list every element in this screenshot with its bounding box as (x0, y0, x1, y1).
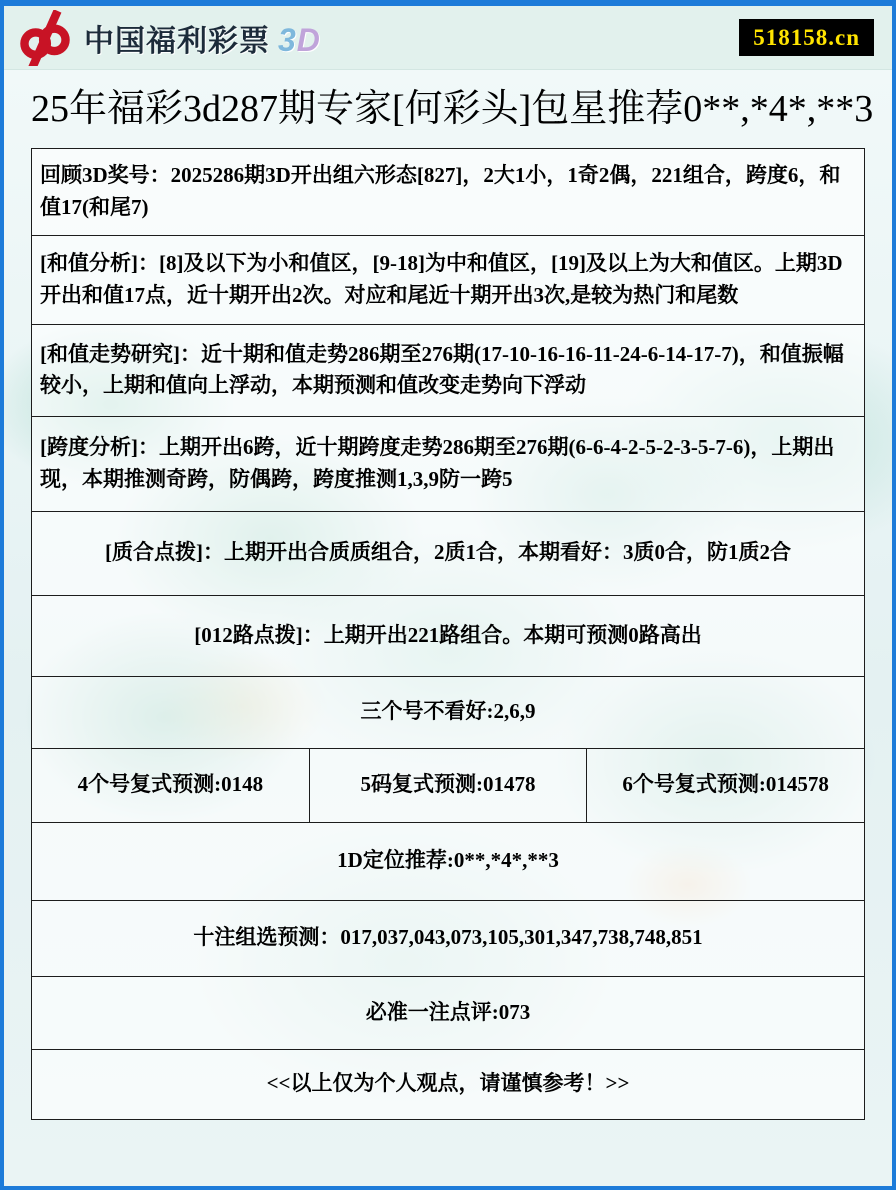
brand-wordmark: 中国福利彩票 3D (84, 16, 321, 60)
sum-trend-row: [和值走势研究]：近十期和值走势286期至276期(17-10-16-16-11… (31, 324, 865, 417)
page: 中国福利彩票 3D 518158.cn 25年福彩3d287期专家[何彩头]包星… (0, 0, 896, 1190)
site-header: 中国福利彩票 3D 518158.cn (4, 6, 892, 70)
sure-one-row: 必准一注点评:073 (31, 976, 865, 1050)
route-012-row: [012路点拨]：上期开出221路组合。本期可预测0路高出 (31, 595, 865, 677)
complex-predictions-row: 4个号复式预测:0148 5码复式预测:01478 6个号复式预测:014578 (31, 748, 865, 823)
sum-analysis-row: [和值分析]：[8]及以下为小和值区，[9-18]为中和值区，[19]及以上为大… (31, 235, 865, 325)
review-row: 回顾3D奖号：2025286期3D开出组六形态[827]，2大1小，1奇2偶，2… (31, 148, 865, 236)
span-analysis-row: [跨度分析]：上期开出6跨，近十期跨度走势286期至276期(6-6-4-2-5… (31, 416, 865, 512)
three-not-favored-row: 三个号不看好:2,6,9 (31, 676, 865, 749)
brand-3d: 3D (278, 22, 321, 59)
site-url-badge[interactable]: 518158.cn (739, 19, 874, 57)
disclaimer-row: <<以上仅为个人观点，请谨慎参考！>> (31, 1049, 865, 1120)
prime-composite-row: [质合点拨]：上期开出合质质组合，2质1合，本期看好：3质0合，防1质2合 (31, 511, 865, 596)
complex-4-cell: 4个号复式预测:0148 (32, 749, 309, 822)
page-title: 25年福彩3d287期专家[何彩头]包星推荐0**,*4*,**3 (31, 86, 865, 134)
ten-groups-row: 十注组选预测：017,037,043,073,105,301,347,738,7… (31, 900, 865, 977)
complex-6-cell: 6个号复式预测:014578 (586, 749, 864, 822)
complex-5-cell: 5码复式预测:01478 (309, 749, 587, 822)
brand-name: 中国福利彩票 (84, 16, 270, 60)
main-content: 25年福彩3d287期专家[何彩头]包星推荐0**,*4*,**3 回顾3D奖号… (4, 70, 892, 1186)
prediction-table: 回顾3D奖号：2025286期3D开出组六形态[827]，2大1小，1奇2偶，2… (31, 148, 865, 1120)
china-welfare-lottery-logo-icon (16, 10, 74, 66)
position-1d-row: 1D定位推荐:0**,*4*,**3 (31, 822, 865, 901)
